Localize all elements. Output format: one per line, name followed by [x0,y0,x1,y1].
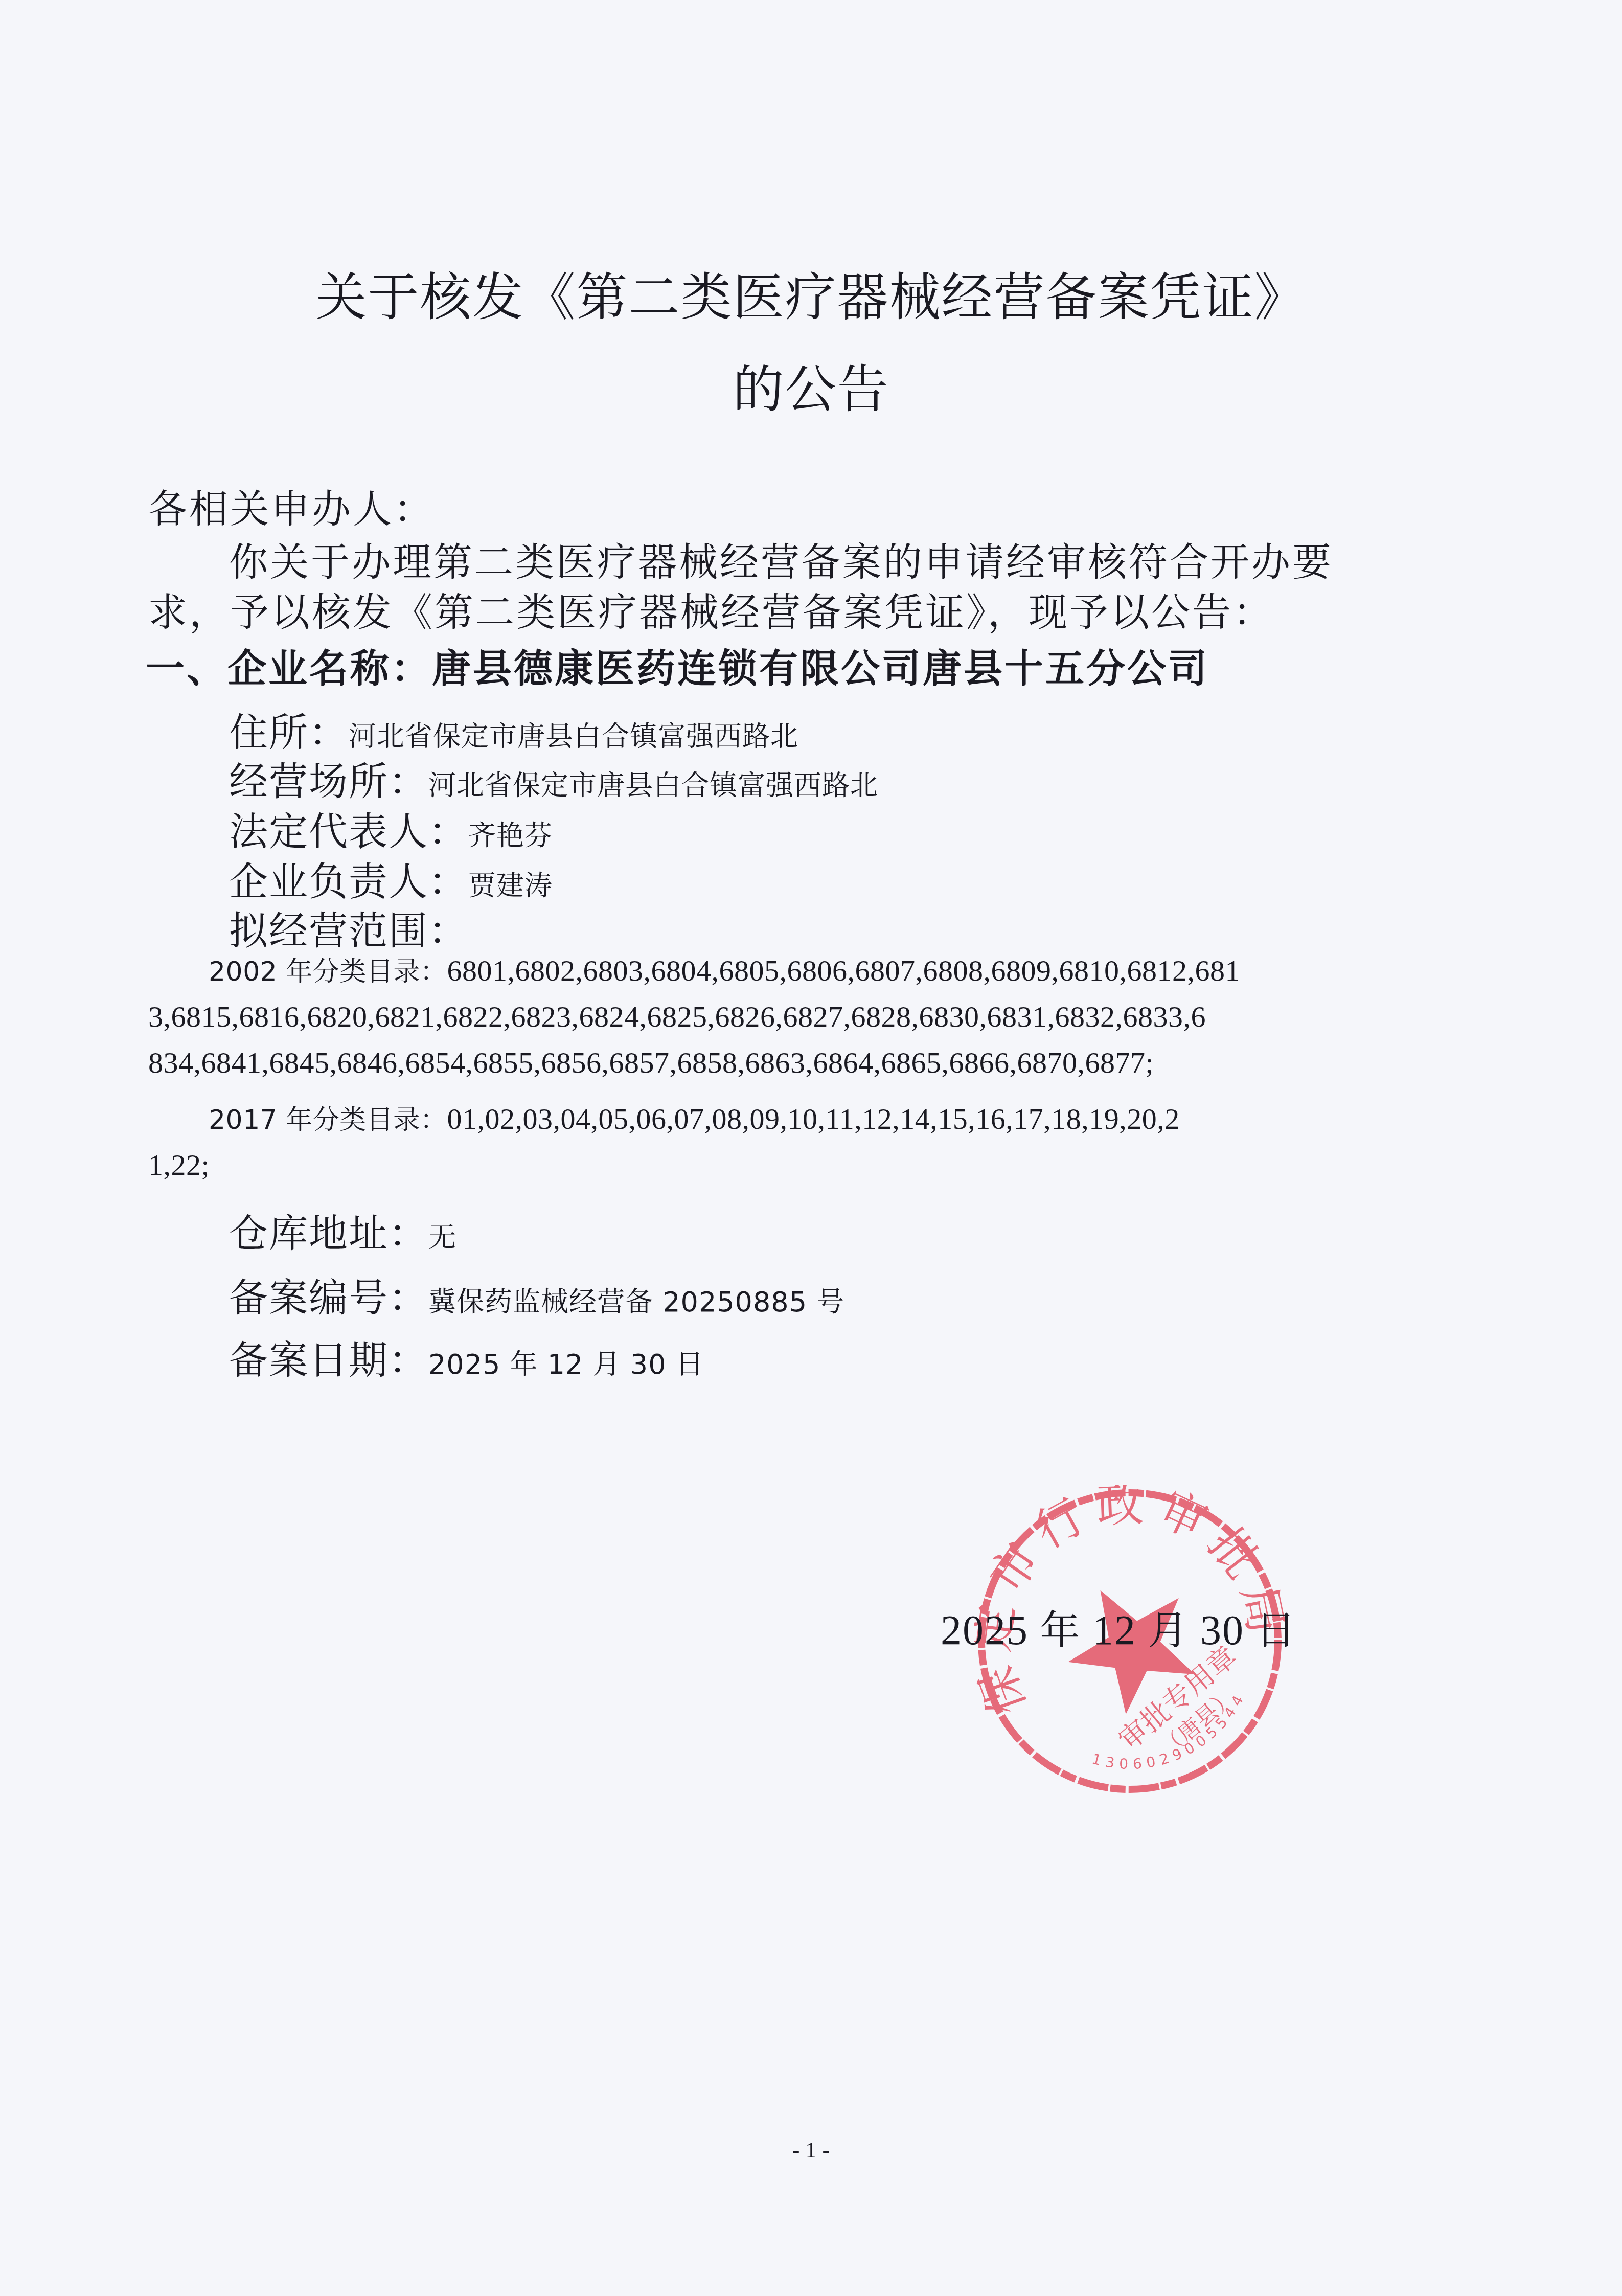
scope-2002-line1: 2002 年分类目录：6801,6802,6803,6804,6805,6806… [209,956,1240,986]
scope-2017-line1: 2017 年分类目录：01,02,03,04,05,06,07,08,09,10… [209,1104,1180,1134]
enterprise-section-label: 一、企业名称： [146,649,432,688]
document-title-line1: 关于核发《第二类医疗器械经营备案凭证》 [0,272,1622,323]
field-label: 企业负责人： [229,851,468,906]
signature-day-unit: 日 [1256,1608,1297,1654]
field-value: 齐艳芬 [468,814,553,853]
field-legal-representative: 法定代表人： 齐艳芬 [229,801,553,856]
field-value: 无 [428,1216,456,1255]
intro-line1: 你关于办理第二类医疗器械经营备案的申请经审核符合开办要 [229,543,1333,582]
scope-2017-codes-line2: 1,22; [148,1150,210,1180]
field-value: 冀保药监械经营备 20250885 号 [428,1280,844,1320]
field-label: 仓库地址： [229,1202,428,1258]
field-value: 河北省保定市唐县白合镇富强西路北 [428,764,878,803]
signature-month: 12 [1092,1607,1136,1653]
field-value: 2025 年 12 月 30 日 [428,1343,704,1382]
document-title-line2: 的公告 [0,364,1622,415]
scope-2017-label: 2017 年分类目录： [209,1105,447,1135]
scope-2002-codes-line1: 6801,6802,6803,6804,6805,6806,6807,6808,… [447,954,1240,987]
field-warehouse: 仓库地址： 无 [229,1202,456,1258]
field-label: 备案日期： [229,1329,428,1385]
intro-line2: 求，予以核发《第二类医疗器械经营备案凭证》，现予以公告： [148,593,1274,632]
field-label: 经营场所： [229,751,428,806]
field-label: 备案编号： [229,1267,428,1323]
scope-2002-codes-line3: 834,6841,6845,6846,6854,6855,6856,6857,6… [148,1048,1154,1078]
field-label: 住所： [229,701,349,757]
signature-year-unit: 年 [1040,1608,1081,1654]
signature-month-unit: 月 [1148,1608,1189,1654]
enterprise-name: 唐县德康医药连锁有限公司唐县十五分公司 [432,649,1209,688]
field-business-premises: 经营场所： 河北省保定市唐县白合镇富强西路北 [229,751,878,806]
field-value: 贾建涛 [468,864,553,903]
field-residence: 住所： 河北省保定市唐县白合镇富强西路北 [229,701,798,757]
field-person-in-charge: 企业负责人： 贾建涛 [229,851,553,906]
field-business-scope: 拟经营范围： [229,900,468,956]
scope-2002-codes-line2: 3,6815,6816,6820,6821,6822,6823,6824,682… [148,1002,1206,1032]
enterprise-name-row: 一、企业名称： 唐县德康医药连锁有限公司唐县十五分公司 [146,649,1209,688]
field-label: 拟经营范围： [229,900,468,956]
scope-2017-codes-line1: 01,02,03,04,05,06,07,08,09,10,11,12,14,1… [447,1102,1179,1135]
signature-day: 30 [1200,1607,1244,1653]
salutation: 各相关申办人： [148,490,435,529]
field-value: 河北省保定市唐县白合镇富强西路北 [349,715,798,754]
field-record-number: 备案编号： 冀保药监械经营备 20250885 号 [229,1267,844,1323]
field-label: 法定代表人： [229,801,468,856]
document-page: 关于核发《第二类医疗器械经营备案凭证》 的公告 各相关申办人： 你关于办理第二类… [0,0,1622,2296]
signature-year: 2025 [941,1607,1029,1653]
scope-2002-label: 2002 年分类目录： [209,957,447,987]
field-record-date: 备案日期： 2025 年 12 月 30 日 [229,1329,704,1385]
signature-date: 2025 年 12 月 30 日 [941,1609,1297,1651]
page-number: - 1 - [0,2137,1622,2163]
